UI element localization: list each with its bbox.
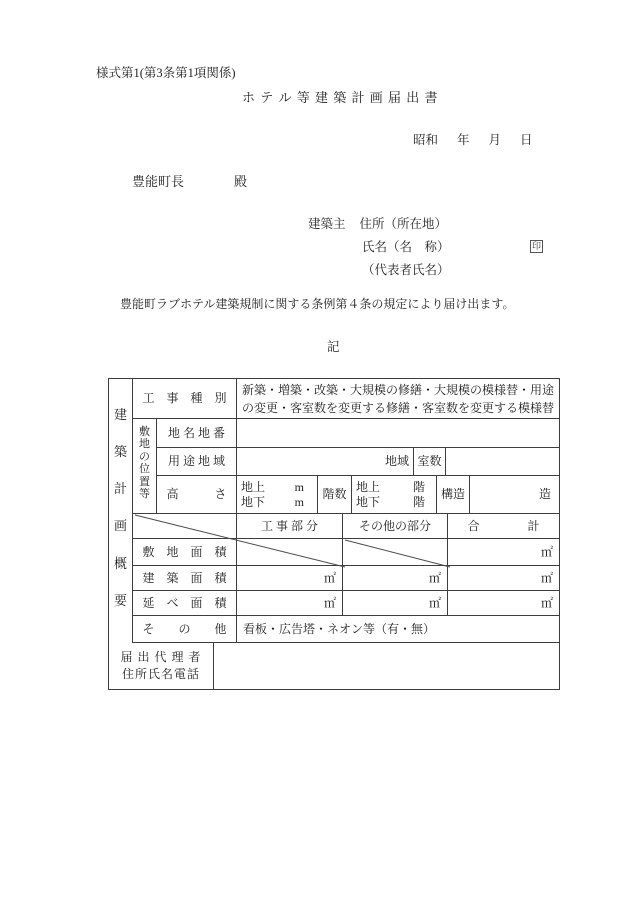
- other-label: そ の 他: [133, 616, 237, 642]
- other-part-header: その他の部分: [343, 514, 448, 538]
- builder-block: 建築主 住所（所在地） 氏名（名 称） （代表者氏名） 印: [308, 213, 450, 282]
- building-plan-summary-table: 建 築 計 画 概 要 工 事 種 別 新築・増築・改築・大規模の修繕・大規模の…: [108, 378, 560, 690]
- site-label-char: 位: [139, 463, 150, 476]
- agent-label: 届 出 代 理 者 住所氏名電話: [109, 643, 214, 689]
- parts-header-blank-cell: [133, 514, 237, 538]
- building-area-other-cell: ㎡: [343, 566, 448, 590]
- work-type-line1: 新築・増築・改築・大規模の修繕・大規模の模様替・用途: [242, 381, 554, 399]
- building-area-total-cell: ㎡: [448, 566, 559, 590]
- site-location-label-vertical: 敷 地 の 位 置 等: [133, 419, 157, 513]
- floors-label: 階数: [318, 476, 352, 513]
- zoning-label: 用 途 地 域: [157, 448, 237, 475]
- row-zoning: 用 途 地 域 地域 室数: [157, 448, 559, 476]
- floor-area-label: 延 べ 面 積: [133, 591, 237, 615]
- structure-field: 造: [470, 476, 559, 513]
- zoning-district-field: 地域: [237, 448, 414, 475]
- side-label-char: 画: [114, 518, 127, 534]
- row-agent: 届 出 代 理 者 住所氏名電話: [109, 643, 559, 689]
- side-label-char: 概: [114, 556, 127, 572]
- below-ground-label: 地下: [241, 495, 265, 510]
- height-label: 高 さ: [157, 476, 237, 513]
- site-area-label: 敷 地 面 積: [133, 539, 237, 565]
- agent-field: [214, 643, 559, 689]
- meter-unit: m: [295, 495, 304, 510]
- row-other: そ の 他 看板・広告塔・ネオン等（有・無）: [133, 616, 559, 643]
- date-day-label: 日: [520, 130, 533, 148]
- form-page: 様式第1(第3条第1項関係) ホ テ ル 等 建 築 計 画 届 出 書 昭和 …: [0, 0, 630, 903]
- builder-role-label: 建築主: [308, 213, 346, 236]
- site-label-char: の: [139, 451, 150, 464]
- height-meters-field: 地上 m 地下 m: [237, 476, 318, 513]
- builder-address-label: 住所（所在地）: [360, 213, 448, 236]
- summary-section: 建 築 計 画 概 要 工 事 種 別 新築・増築・改築・大規模の修繕・大規模の…: [109, 379, 559, 643]
- builder-representative-label: （代表者氏名）: [362, 259, 450, 282]
- floor-area-total-cell: ㎡: [448, 591, 559, 615]
- above-ground-label: 地上: [241, 480, 265, 495]
- below-ground-label: 地下: [356, 495, 380, 510]
- site-area-other-cell: [343, 539, 448, 565]
- floor-unit: 階: [413, 480, 425, 495]
- side-label-char: 要: [114, 593, 127, 609]
- row-work-type: 工 事 種 別 新築・増築・改築・大規模の修繕・大規模の模様替・用途 の変更・客…: [133, 379, 559, 419]
- declaration-sentence: 豊能町ラブホテル建築規制に関する条例第４条の規定により届け出ます。: [120, 295, 514, 312]
- site-label-char: 敷: [139, 426, 150, 439]
- seal-mark: 印: [530, 240, 543, 253]
- other-value: 看板・広告塔・ネオン等（有・無）: [237, 616, 559, 642]
- work-type-label: 工 事 種 別: [133, 379, 237, 418]
- floor-area-work-cell: ㎡: [237, 591, 343, 615]
- meter-unit: m: [295, 480, 304, 495]
- above-ground-label: 地上: [356, 480, 380, 495]
- lot-number-field: [237, 419, 559, 447]
- side-label-char: 計: [114, 481, 127, 497]
- addressee-name: 豊能町長: [132, 171, 184, 190]
- rooms-field: [446, 448, 559, 475]
- date-era-label: 昭和: [413, 130, 438, 148]
- site-label-char: 地: [139, 438, 150, 451]
- side-label-char: 築: [114, 444, 127, 460]
- builder-name-label: 氏名（名 称）: [362, 236, 450, 259]
- row-height: 高 さ 地上 m 地下 m: [157, 476, 559, 513]
- total-header: 合 計: [448, 514, 559, 538]
- building-area-work-cell: ㎡: [237, 566, 343, 590]
- agent-label-line1: 届 出 代 理 者: [120, 649, 201, 666]
- work-part-header: 工 事 部 分: [237, 514, 343, 538]
- row-building-area: 建 築 面 積 ㎡ ㎡ ㎡: [133, 566, 559, 591]
- floors-field: 地上 階 地下 階: [352, 476, 437, 513]
- side-label-char: 建: [114, 407, 127, 423]
- floor-area-other-cell: ㎡: [343, 591, 448, 615]
- date-month-label: 月: [489, 130, 502, 148]
- row-floor-area: 延 べ 面 積 ㎡ ㎡ ㎡: [133, 591, 559, 616]
- site-label-char: 置: [139, 476, 150, 489]
- structure-label: 構造: [437, 476, 470, 513]
- site-area-total-cell: ㎡: [448, 539, 559, 565]
- row-parts-header: 工 事 部 分 その他の部分 合 計: [133, 514, 559, 539]
- site-area-work-cell: [237, 539, 343, 565]
- row-site-area: 敷 地 面 積 ㎡: [133, 539, 559, 566]
- lot-number-label: 地 名 地 番: [157, 419, 237, 447]
- addressee-honorific: 殿: [234, 171, 247, 190]
- table-side-label-vertical: 建 築 計 画 概 要: [109, 379, 133, 643]
- building-area-label: 建 築 面 積: [133, 566, 237, 590]
- page-title: ホ テ ル 等 建 築 計 画 届 出 書: [242, 87, 439, 106]
- date-year-label: 年: [457, 130, 470, 148]
- date-line: 昭和 年 月 日: [413, 130, 533, 148]
- work-type-line2: の変更・客室数を変更する修繕・客室数を変更する模様替: [242, 399, 554, 417]
- site-location-group: 敷 地 の 位 置 等 地 名 地 番 用 途 地 域: [133, 419, 559, 514]
- rooms-label: 室数: [414, 448, 446, 475]
- addressee-line: 豊能町長 殿: [132, 171, 247, 190]
- site-label-char: 等: [139, 488, 150, 501]
- floor-unit: 階: [413, 495, 425, 510]
- row-lot-number: 地 名 地 番: [157, 419, 559, 448]
- form-number: 様式第1(第3条第1項関係): [96, 63, 236, 81]
- record-marker: 記: [327, 337, 340, 355]
- work-type-options: 新築・増築・改築・大規模の修繕・大規模の模様替・用途 の変更・客室数を変更する修…: [237, 379, 559, 418]
- agent-label-line2: 住所氏名電話: [122, 666, 200, 683]
